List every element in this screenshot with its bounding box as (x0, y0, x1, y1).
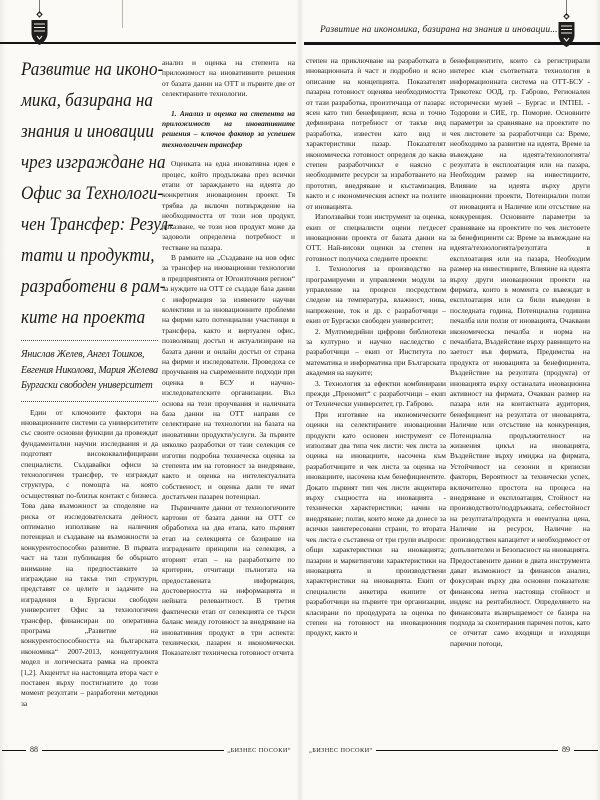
left-column-title-block: Развитие на иконо- мика, базирана на зна… (21, 54, 158, 730)
paragraph: Използвайки този инструмент за оценка, е… (306, 212, 446, 264)
scan-artifact-line (122, 0, 123, 28)
footer-rule (2, 750, 26, 751)
page-gutter (296, 0, 304, 800)
paragraph: Един от ключовите фактори на иновационни… (21, 408, 158, 710)
left-column-body: Един от ключовите фактори на иновационни… (21, 408, 158, 730)
running-header: Развитие на икономика, базирана на знани… (320, 25, 558, 35)
left-page-column2: анализ и оценка на степента на приложимо… (162, 58, 295, 738)
left-page-footer: 88 „БИЗНЕС ПОСОКИ“ (2, 746, 294, 754)
right-page-footer: „БИЗНЕС ПОСОКИ“ 89 (306, 746, 598, 754)
paragraph: бенефициентите, които са регистрирали ин… (450, 56, 590, 649)
title-line: знания и иновации (21, 116, 158, 147)
page-right: Развитие на икономика, базирана на знани… (300, 0, 600, 800)
page-number: 89 (558, 746, 574, 754)
journal-name: „БИЗНЕС ПОСОКИ“ (306, 747, 376, 754)
title-line: ките на проекта (21, 302, 158, 333)
journal-spread: Развитие на иконо- мика, базирана на зна… (0, 0, 600, 800)
paragraph: степен на приключване на разработката в … (306, 56, 446, 212)
title-separator (21, 340, 158, 341)
list-item: 3. Технология за ефектни комбинирани пре… (306, 379, 446, 410)
paragraph: Първичните данни от технологичните карто… (162, 503, 295, 659)
title-line: мика, базирана на (21, 85, 158, 116)
page-number: 88 (26, 746, 42, 754)
title-line: чрез изграждане на (21, 147, 158, 178)
right-page-column1: степен на приключване на разработката в … (306, 56, 446, 740)
authors-separator (21, 401, 158, 402)
paragraph: анализ и оценка на степента на приложимо… (162, 58, 295, 100)
title-line: тати и продукти, (21, 240, 158, 271)
section-heading: 1. Анализ и оценка на степента на прилож… (162, 109, 295, 151)
journal-name: „БИЗНЕС ПОСОКИ“ (224, 747, 294, 754)
title-line: разработени в рам- (21, 271, 158, 302)
paragraph: В рамките на „Създаване на нов офис за т… (162, 253, 295, 503)
author-line: Евгения Николова, Мария Желева (21, 363, 158, 379)
page-left: Развитие на иконо- мика, базирана на зна… (0, 0, 300, 800)
university-crest-icon (29, 10, 50, 59)
footer-rule (42, 750, 224, 751)
footer-rule (376, 750, 558, 751)
list-item: 1. Технология за производство на програм… (306, 264, 446, 326)
affiliation: Бургаски свободен университет (21, 378, 158, 394)
paragraph: При изготвяне на икономическите оценки н… (306, 410, 446, 639)
title-line: Офис за Технологи- (21, 178, 158, 209)
authors: Янислав Желев, Ангел Тошков, Евгения Ник… (21, 347, 158, 394)
article-title: Развитие на иконо- мика, базирана на зна… (21, 54, 158, 333)
footer-rule (574, 750, 598, 751)
right-page-column2: бенефициентите, които са регистрирали ин… (450, 56, 590, 740)
paragraph: Оценката на една иновативна идея е проце… (162, 159, 295, 253)
university-crest-icon (556, 12, 577, 61)
title-line: Развитие на иконо- (21, 54, 158, 85)
list-item: 2. Мултимедийни цифрови библиотеки за ку… (306, 327, 446, 379)
title-line: чен Трансфер: Резул- (21, 209, 158, 240)
author-line: Янислав Желев, Ангел Тошков, (21, 347, 158, 363)
